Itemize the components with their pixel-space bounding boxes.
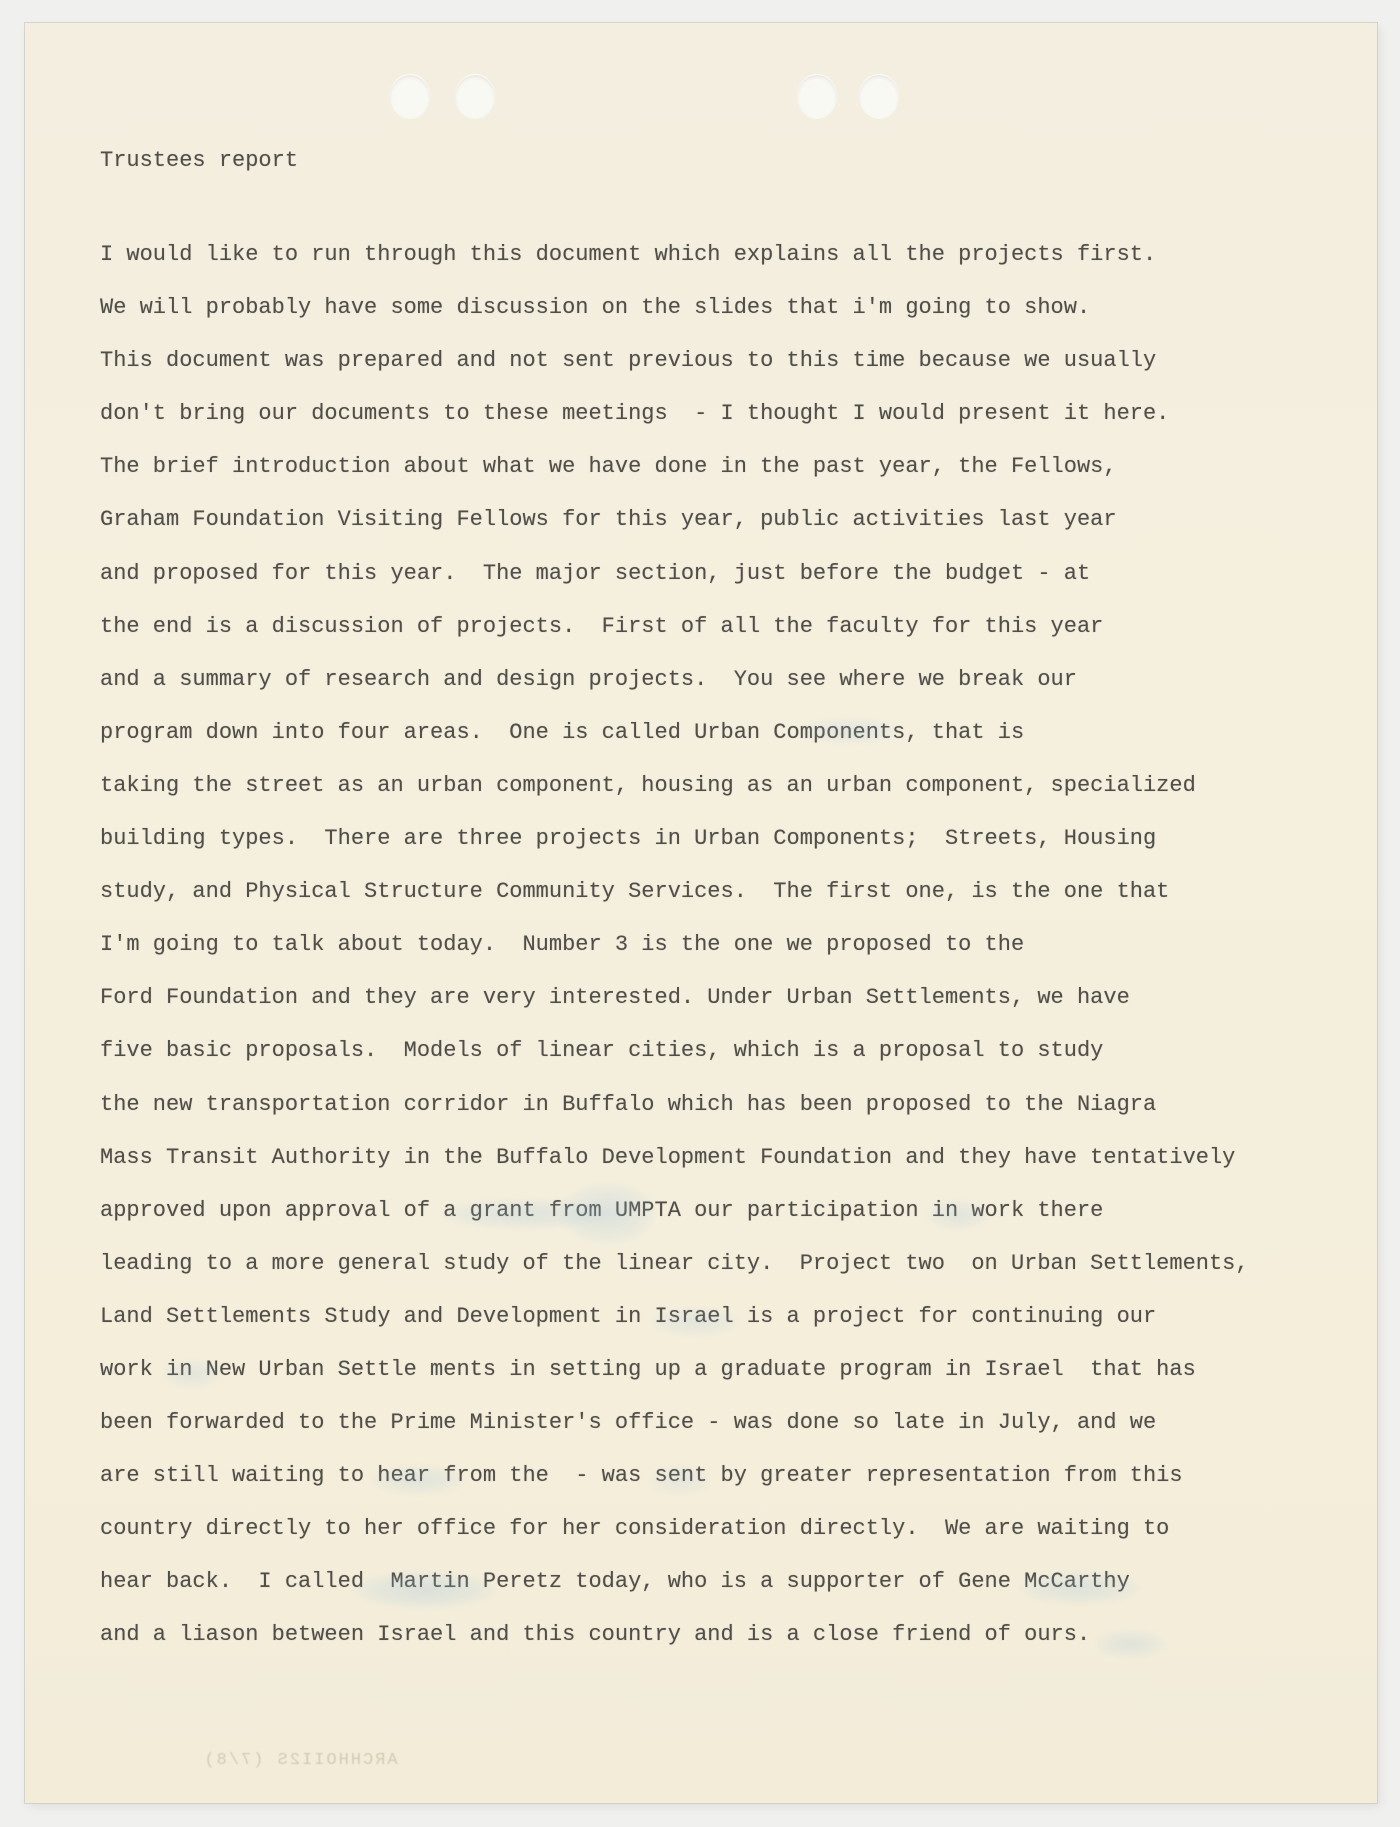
body-line: don't bring our documents to these meeti… — [100, 387, 1340, 440]
body-line: been forwarded to the Prime Minister's o… — [100, 1396, 1340, 1449]
body-line: program down into four areas. One is cal… — [100, 706, 1340, 759]
punch-hole — [390, 75, 430, 119]
body-line: Ford Foundation and they are very intere… — [100, 971, 1340, 1024]
body-line: We will probably have some discussion on… — [100, 281, 1340, 334]
body-line: leading to a more general study of the l… — [100, 1237, 1340, 1290]
paper-sheet: Trustees report I would like to run thro… — [25, 23, 1377, 1803]
body-line: The brief introduction about what we hav… — [100, 440, 1340, 493]
body-line: Land Settlements Study and Development i… — [100, 1290, 1340, 1343]
punch-hole — [797, 75, 837, 119]
body-line: I would like to run through this documen… — [100, 228, 1340, 281]
body-line: hear back. I called Martin Peretz today,… — [100, 1555, 1340, 1608]
body-line: five basic proposals. Models of linear c… — [100, 1024, 1340, 1077]
body-line: This document was prepared and not sent … — [100, 334, 1340, 387]
body-line: and a liason between Israel and this cou… — [100, 1608, 1340, 1661]
body-line: Graham Foundation Visiting Fellows for t… — [100, 493, 1340, 546]
body-line: building types. There are three projects… — [100, 812, 1340, 865]
body-line: are still waiting to hear from the - was… — [100, 1449, 1340, 1502]
body-line: the new transportation corridor in Buffa… — [100, 1078, 1340, 1131]
body-line: and a summary of research and design pro… — [100, 653, 1340, 706]
bleed-through-stamp: ARCHHOII2S (7/8) — [200, 1751, 400, 1770]
body-line: I'm going to talk about today. Number 3 … — [100, 918, 1340, 971]
body-line: Mass Transit Authority in the Buffalo De… — [100, 1131, 1340, 1184]
body-line: the end is a discussion of projects. Fir… — [100, 600, 1340, 653]
document-body: I would like to run through this documen… — [100, 228, 1340, 1662]
scanned-page: Trustees report I would like to run thro… — [0, 0, 1400, 1827]
body-line: country directly to her office for her c… — [100, 1502, 1340, 1555]
body-line: study, and Physical Structure Community … — [100, 865, 1340, 918]
punch-hole — [859, 75, 899, 119]
punch-hole — [455, 75, 495, 119]
document-title: Trustees report — [100, 148, 298, 173]
body-line: and proposed for this year. The major se… — [100, 547, 1340, 600]
body-line: approved upon approval of a grant from U… — [100, 1184, 1340, 1237]
body-line: taking the street as an urban component,… — [100, 759, 1340, 812]
body-line: work in New Urban Settle ments in settin… — [100, 1343, 1340, 1396]
